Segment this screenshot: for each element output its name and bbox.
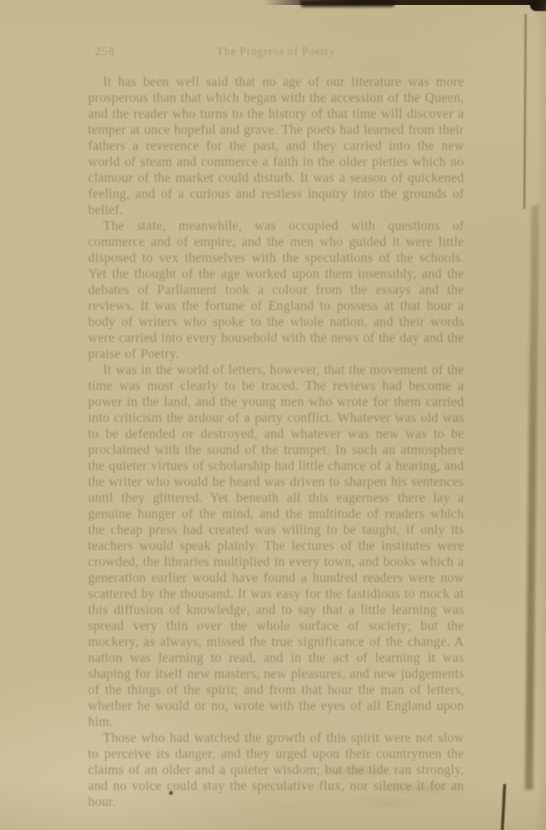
page-header: 258 The Progress of Poetry bbox=[88, 46, 464, 64]
paragraph: It has been well said that no age of our… bbox=[88, 74, 464, 218]
page-edge-line-bottom bbox=[501, 784, 506, 830]
scan-border-top-thick bbox=[300, 0, 395, 7]
paragraph: The state, meanwhile, was occupied with … bbox=[88, 218, 464, 362]
page-body-text: It has been well said that no age of our… bbox=[88, 74, 464, 810]
ink-bleedthrough-smudge bbox=[300, 762, 500, 810]
running-header-title: The Progress of Poetry bbox=[88, 46, 464, 58]
ink-speck bbox=[169, 791, 173, 795]
paragraph: It was in the world of letters, however,… bbox=[88, 362, 464, 730]
page-edge-line-upper bbox=[523, 14, 526, 209]
right-edge-shading bbox=[534, 0, 546, 830]
scanned-book-page: 258 The Progress of Poetry It has been w… bbox=[0, 0, 546, 830]
